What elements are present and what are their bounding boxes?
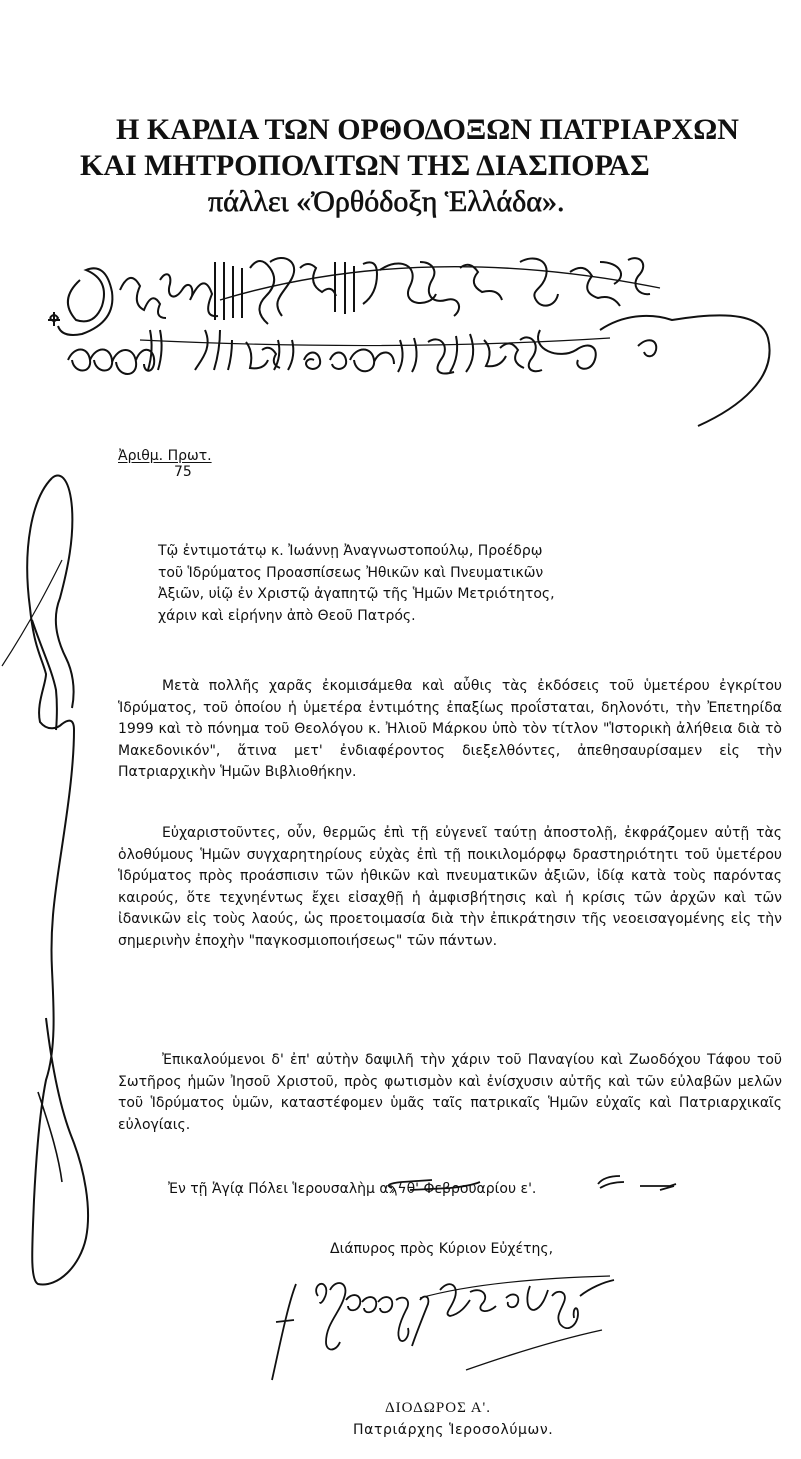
paragraph-3-text: Ἐπικαλούμενοι δ' ἐπ' αὐτὴν δαψιλῆ τὴν χά… xyxy=(118,1052,782,1133)
salutation-address: Τῷ ἐντιμοτάτῳ κ. Ἰωάννῃ Ἀναγνωστοπούλῳ, … xyxy=(158,541,778,627)
protocol-number-block: Ἀριθμ. Πρωτ. 75 xyxy=(118,448,212,480)
address-line: Ἀξιῶν, υἱῷ ἐν Χριστῷ ἀγαπητῷ τῆς Ἡμῶν Με… xyxy=(158,584,778,606)
address-line: χάριν καὶ εἰρήνην ἀπὸ Θεοῦ Πατρός. xyxy=(158,606,778,628)
paragraph-1-text: Μετὰ πολλῆς χαρᾶς ἐκομισάμεθα καὶ αὖθις … xyxy=(118,678,782,780)
paragraph-2-text: Εὐχαριστοῦντες, οὖν, θερμῶς ἐπὶ τῇ εὐγεν… xyxy=(118,825,782,949)
protocol-number: 75 xyxy=(118,464,212,480)
closing-formula: Διάπυρος πρὸς Κύριον Εὐχέτης, xyxy=(330,1239,553,1261)
signer-name: ΔΙΟΔΩΡΟΣ Α'. xyxy=(385,1400,491,1417)
letter-page: Η ΚΑΡΔΙΑ ΤΩΝ ΟΡΘΟΔΟΞΩΝ ΠΑΤΡΙΑΡΧΩΝ ΚΑΙ ΜΗ… xyxy=(0,0,801,1459)
address-line: Τῷ ἐντιμοτάτῳ κ. Ἰωάννῃ Ἀναγνωστοπούλῳ, … xyxy=(158,541,778,563)
dateline: Ἐν τῇ Ἁγίᾳ Πόλει Ἱερουσαλὴμ αϡϟθ' Φεβρου… xyxy=(168,1179,536,1201)
paragraph-1: Μετὰ πολλῆς χαρᾶς ἐκομισάμεθα καὶ αὖθις … xyxy=(118,676,782,784)
protocol-label: Ἀριθμ. Πρωτ. xyxy=(118,448,212,464)
paragraph-3: Ἐπικαλούμενοι δ' ἐπ' αὐτὴν δαψιλῆ τὴν χά… xyxy=(118,1050,782,1136)
paragraph-2: Εὐχαριστοῦντες, οὖν, θερμῶς ἐπὶ τῇ εὐγεν… xyxy=(118,823,782,952)
signer-title: Πατριάρχης Ἱεροσολύμων. xyxy=(353,1422,553,1438)
address-line: τοῦ Ἱδρύματος Προασπίσεως Ἠθικῶν καὶ Πνε… xyxy=(158,563,778,585)
